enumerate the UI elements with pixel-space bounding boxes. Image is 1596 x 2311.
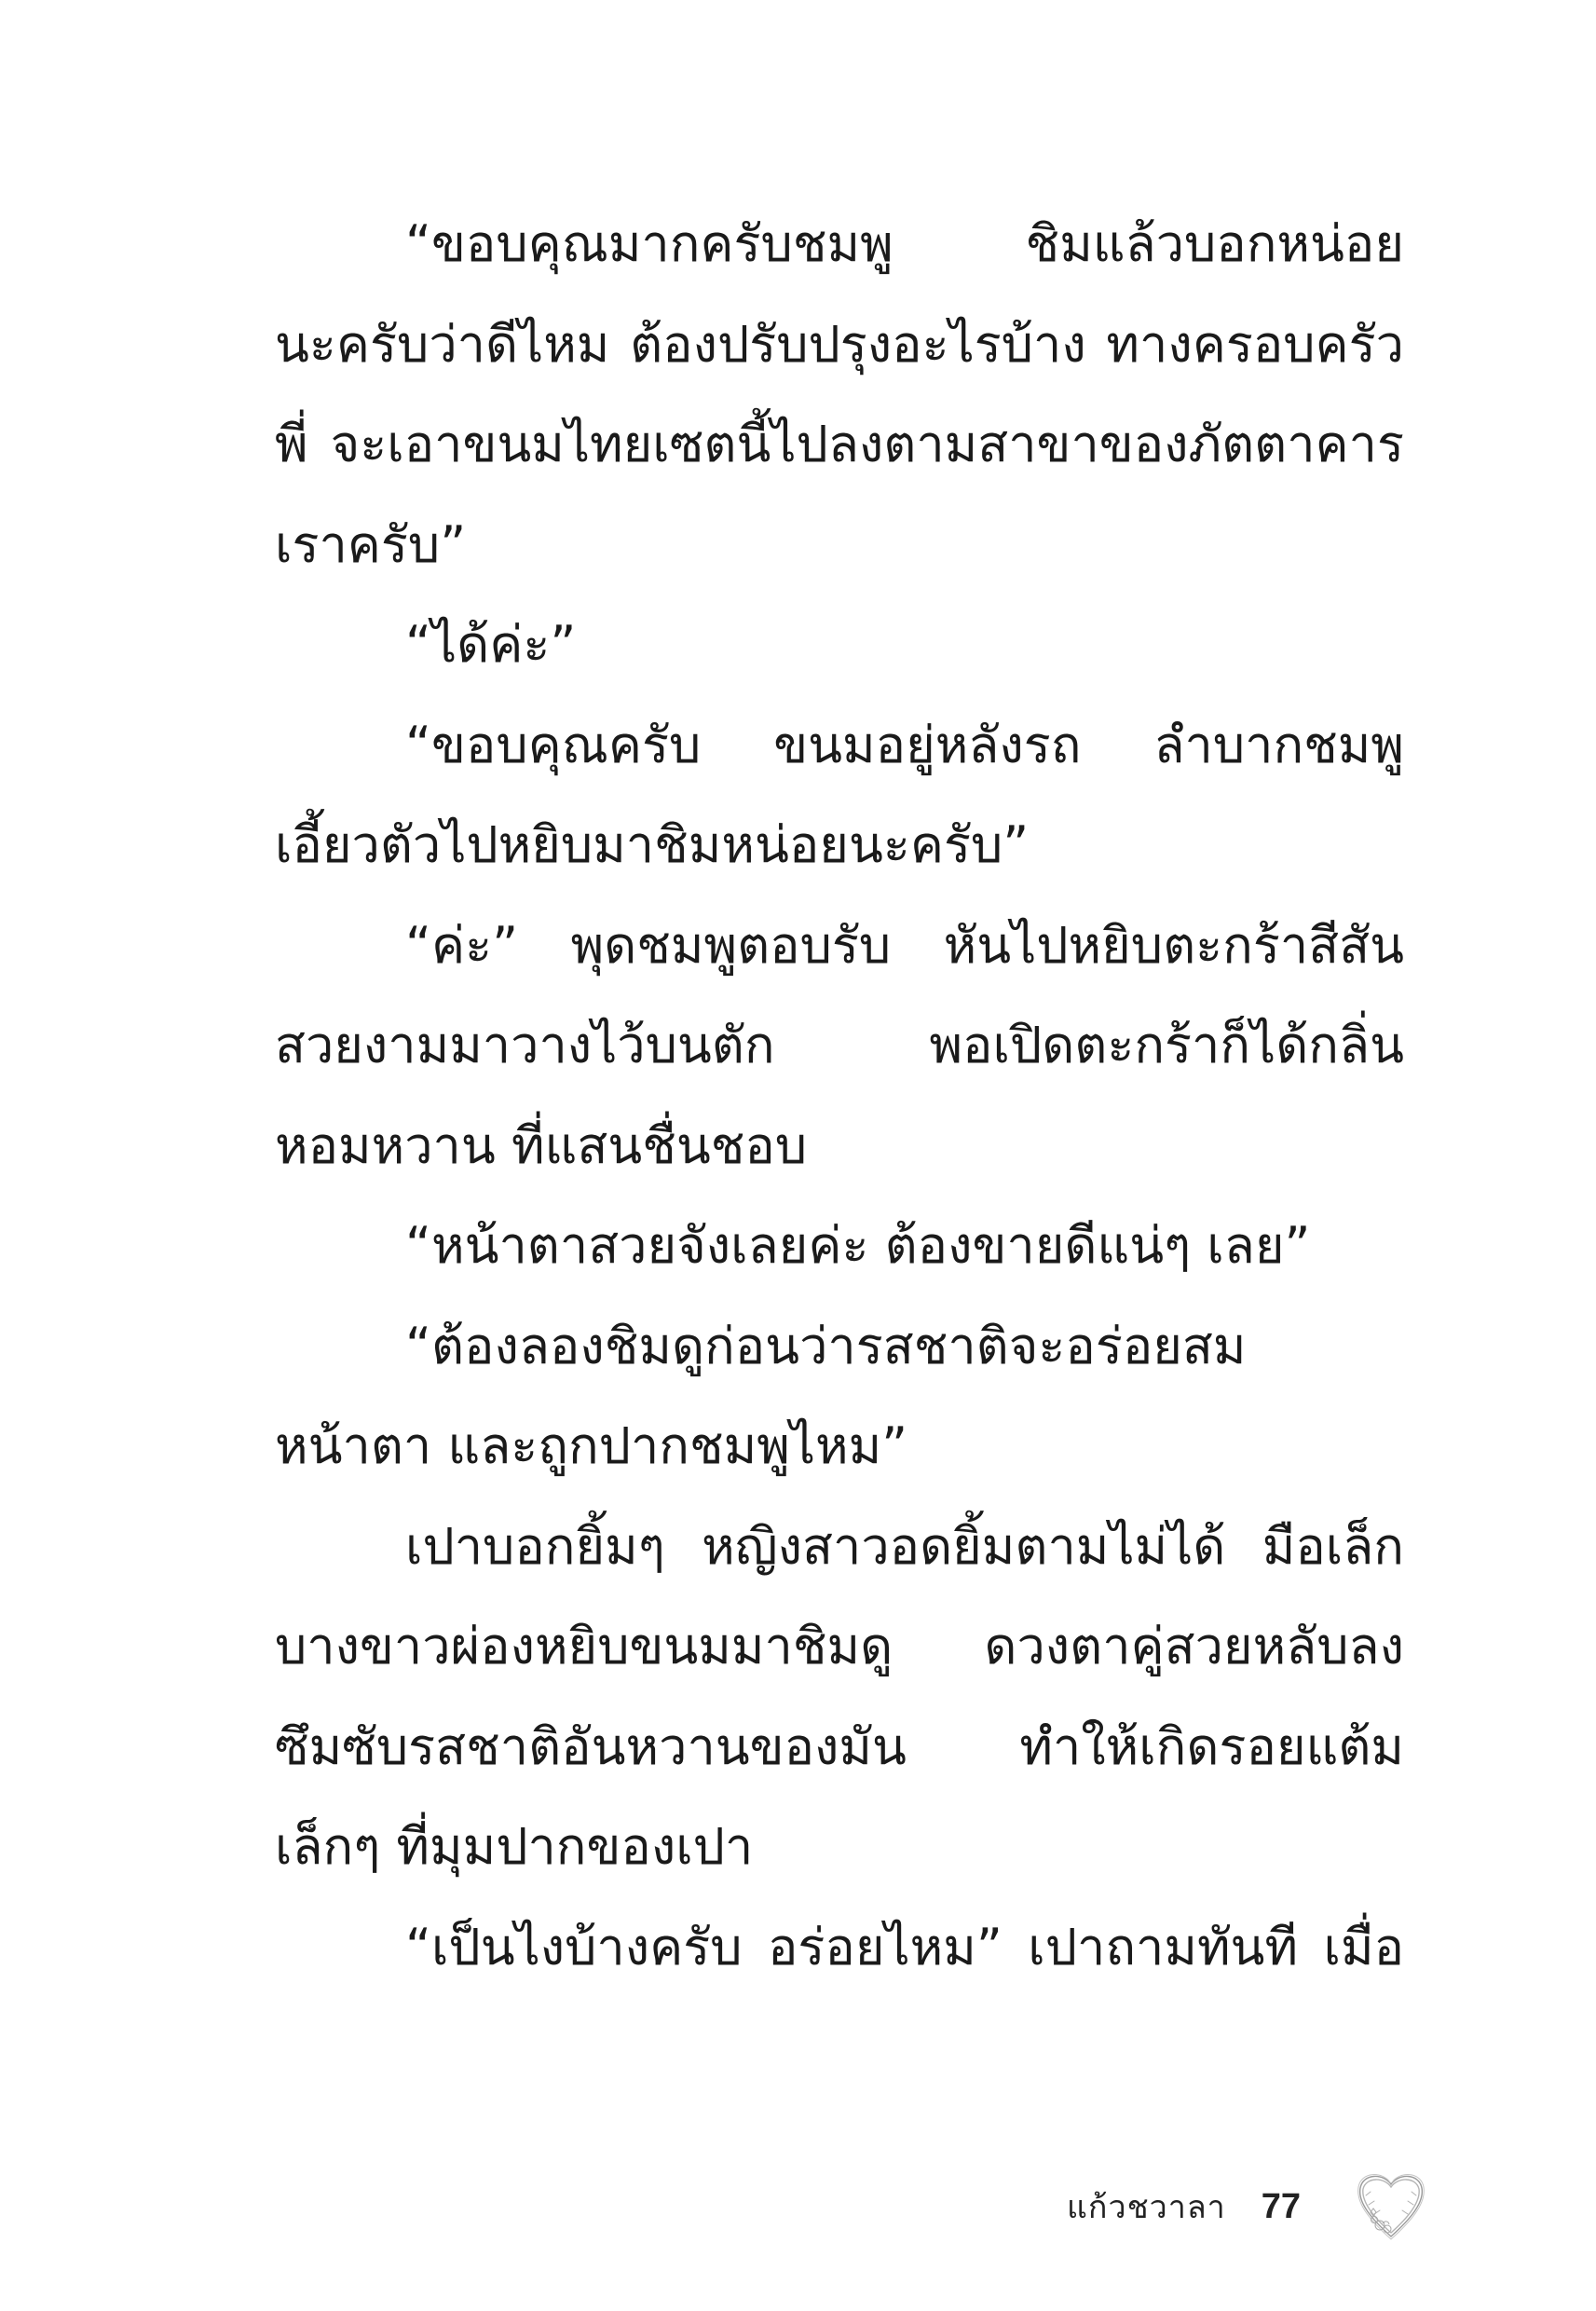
text-line: นะครับว่าดีไหม ต้องปรับปรุงอะไรบ้าง ทางค… xyxy=(275,294,1404,395)
page-footer: แก้วชวาลา 77 xyxy=(1067,2160,1430,2253)
page-number: 77 xyxy=(1262,2187,1301,2227)
text-line: “หน้าตาสวยจังเลยค่ะ ต้องขายดีแน่ๆ เลย” xyxy=(275,1196,1404,1296)
page-body: “ขอบคุณมากครับชมพู ชิมแล้วบอกหน่อย นะครั… xyxy=(275,194,1404,1997)
heart-wreath-icon xyxy=(1352,2167,1430,2246)
text-line: หอมหวาน ที่แสนชื่นชอบ xyxy=(275,1096,1404,1197)
text-line: “ขอบคุณครับ ขนมอยู่หลังรถ ลำบากชมพู xyxy=(275,695,1404,796)
text-line: หน้าตา และถูกปากชมพูไหม” xyxy=(275,1396,1404,1497)
text-line: เล็กๆ ที่มุมปากของเปา xyxy=(275,1797,1404,1897)
text-line: เปาบอกยิ้มๆ หญิงสาวอดยิ้มตามไม่ได้ มือเล… xyxy=(275,1497,1404,1597)
text-line: “ได้ค่ะ” xyxy=(275,595,1404,695)
book-title: แก้วชวาลา xyxy=(1067,2181,1226,2232)
text-line: สวยงามมาวางไว้บนตัก พอเปิดตะกร้าก็ได้กลิ… xyxy=(275,995,1404,1096)
text-line: “ค่ะ” พุดชมพูตอบรับ หันไปหยิบตะกร้าสีสัน xyxy=(275,896,1404,996)
text-line: “ขอบคุณมากครับชมพู ชิมแล้วบอกหน่อย xyxy=(275,194,1404,294)
text-line: เราครับ” xyxy=(275,495,1404,595)
text-line: ซึมซับรสชาติอันหวานของมัน ทำให้เกิดรอยแต… xyxy=(275,1697,1404,1798)
text-line: เอี้ยวตัวไปหยิบมาชิมหน่อยนะครับ” xyxy=(275,795,1404,896)
text-line: “เป็นไงบ้างครับ อร่อยไหม” เปาถามทันที เม… xyxy=(275,1897,1404,1998)
text-line: พี่ จะเอาขนมไทยเซตนี้ไปลงตามสาขาของภัตตา… xyxy=(275,394,1404,495)
text-line: บางขาวผ่องหยิบขนมมาชิมดู ดวงตาคู่สวยหลับ… xyxy=(275,1596,1404,1697)
text-line: “ต้องลองชิมดูก่อนว่ารสชาติจะอร่อยสม xyxy=(275,1296,1404,1397)
